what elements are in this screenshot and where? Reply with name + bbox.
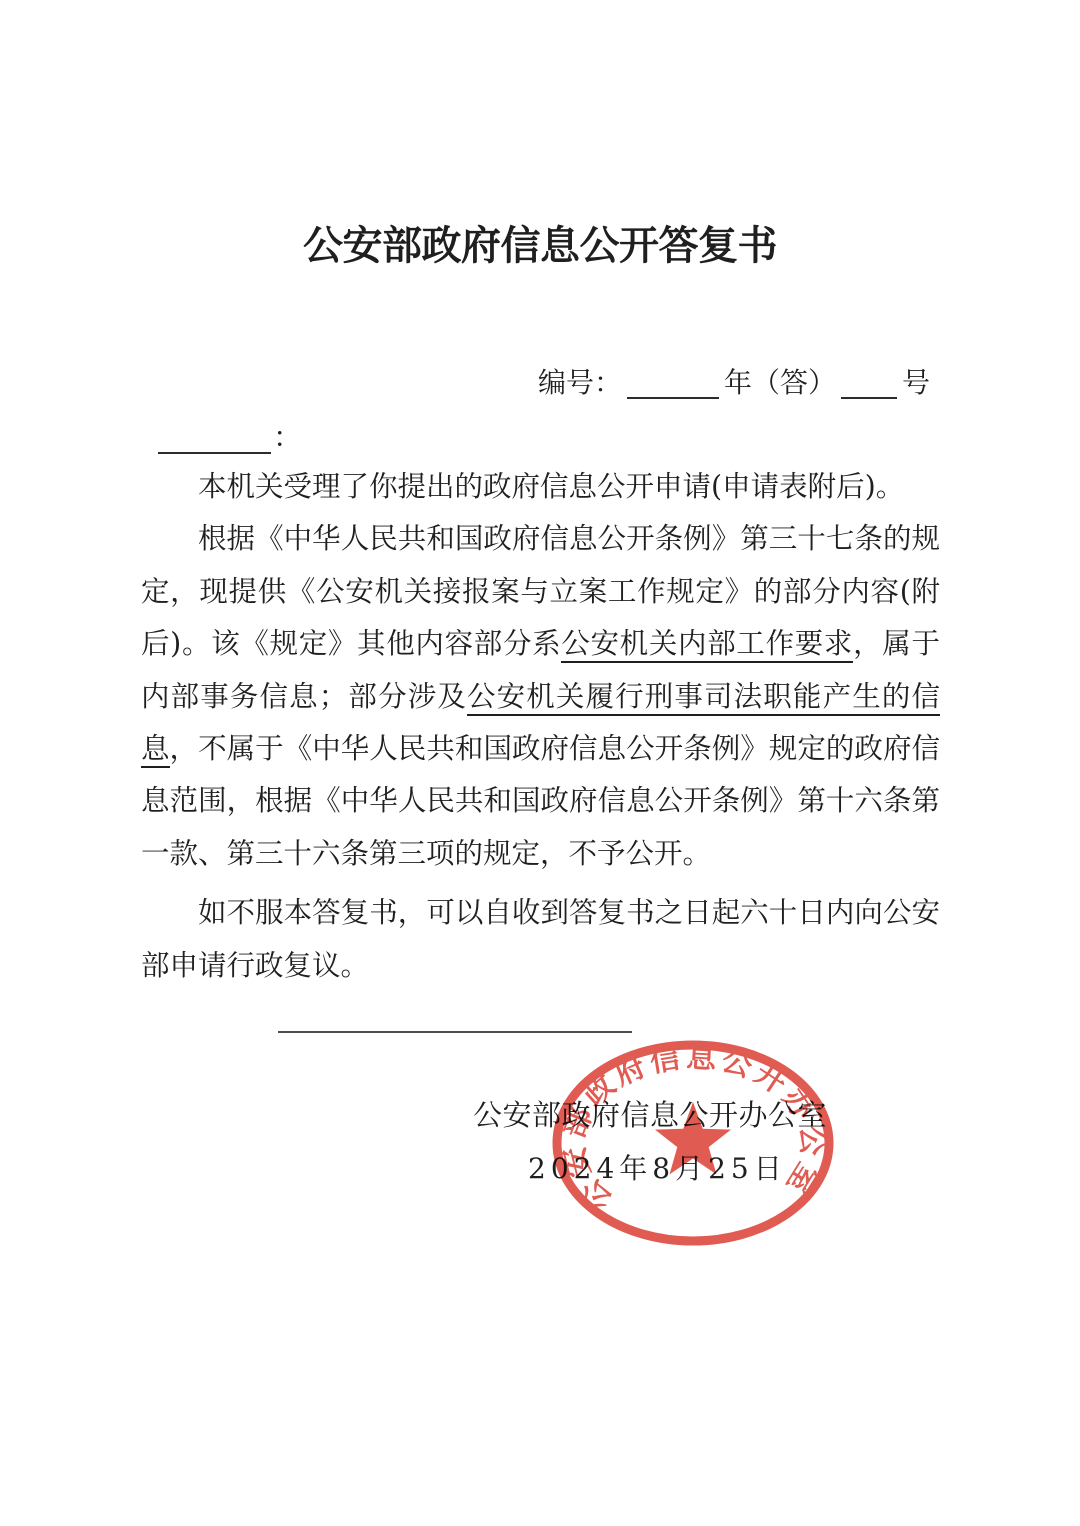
ref-number-line: 编号：年（答）号 (538, 362, 930, 404)
signature-divider-line (278, 1031, 632, 1033)
document-page: 公安部政府信息公开答复书 编号：年（答）号 ： 本机关受理了你提出的政府信息公开… (0, 0, 1080, 1526)
paragraph-appeal-rights: 如不服本答复书，可以自收到答复书之日起六十日内向公安部申请行政复议。 (141, 887, 940, 992)
ref-suffix-label: 号 (902, 366, 930, 399)
paragraph-acceptance-text: 本机关受理了你提出的政府信息公开申请(申请表附后)。 (198, 470, 904, 503)
addressee-blank-field (158, 423, 271, 454)
salutation-line: ： (158, 411, 302, 463)
paragraph-acceptance: 本机关受理了你提出的政府信息公开申请(申请表附后)。 (141, 461, 940, 513)
document-title: 公安部政府信息公开答复书 (0, 221, 1080, 271)
ref-mid-label: 年（答） (724, 366, 836, 399)
seal-star-icon (655, 1102, 731, 1174)
paragraph-appeal-rights-text: 如不服本答复书，可以自收到答复书之日起六十日内向公安部申请行政复议。 (141, 896, 940, 981)
salutation-colon: ： (273, 420, 302, 454)
official-seal: 公安部政府信息公开办公室 (547, 1036, 839, 1252)
ref-year-blank-field (627, 369, 719, 399)
ref-label: 编号： (538, 366, 622, 399)
decision-segment-3: ，不属于《中华人民共和国政府信息公开条例》规定的政府信息范围，根据《中华人民共和… (141, 732, 940, 870)
decision-underlined-phrase-1: 公安机关内部工作要求 (561, 627, 853, 663)
ref-number-blank-field (841, 369, 897, 399)
paragraph-decision: 根据《中华人民共和国政府信息公开条例》第三十七条的规定，现提供《公安机关接报案与… (141, 513, 940, 880)
body-text: 本机关受理了你提出的政府信息公开申请(申请表附后)。 根据《中华人民共和国政府信… (141, 461, 940, 992)
